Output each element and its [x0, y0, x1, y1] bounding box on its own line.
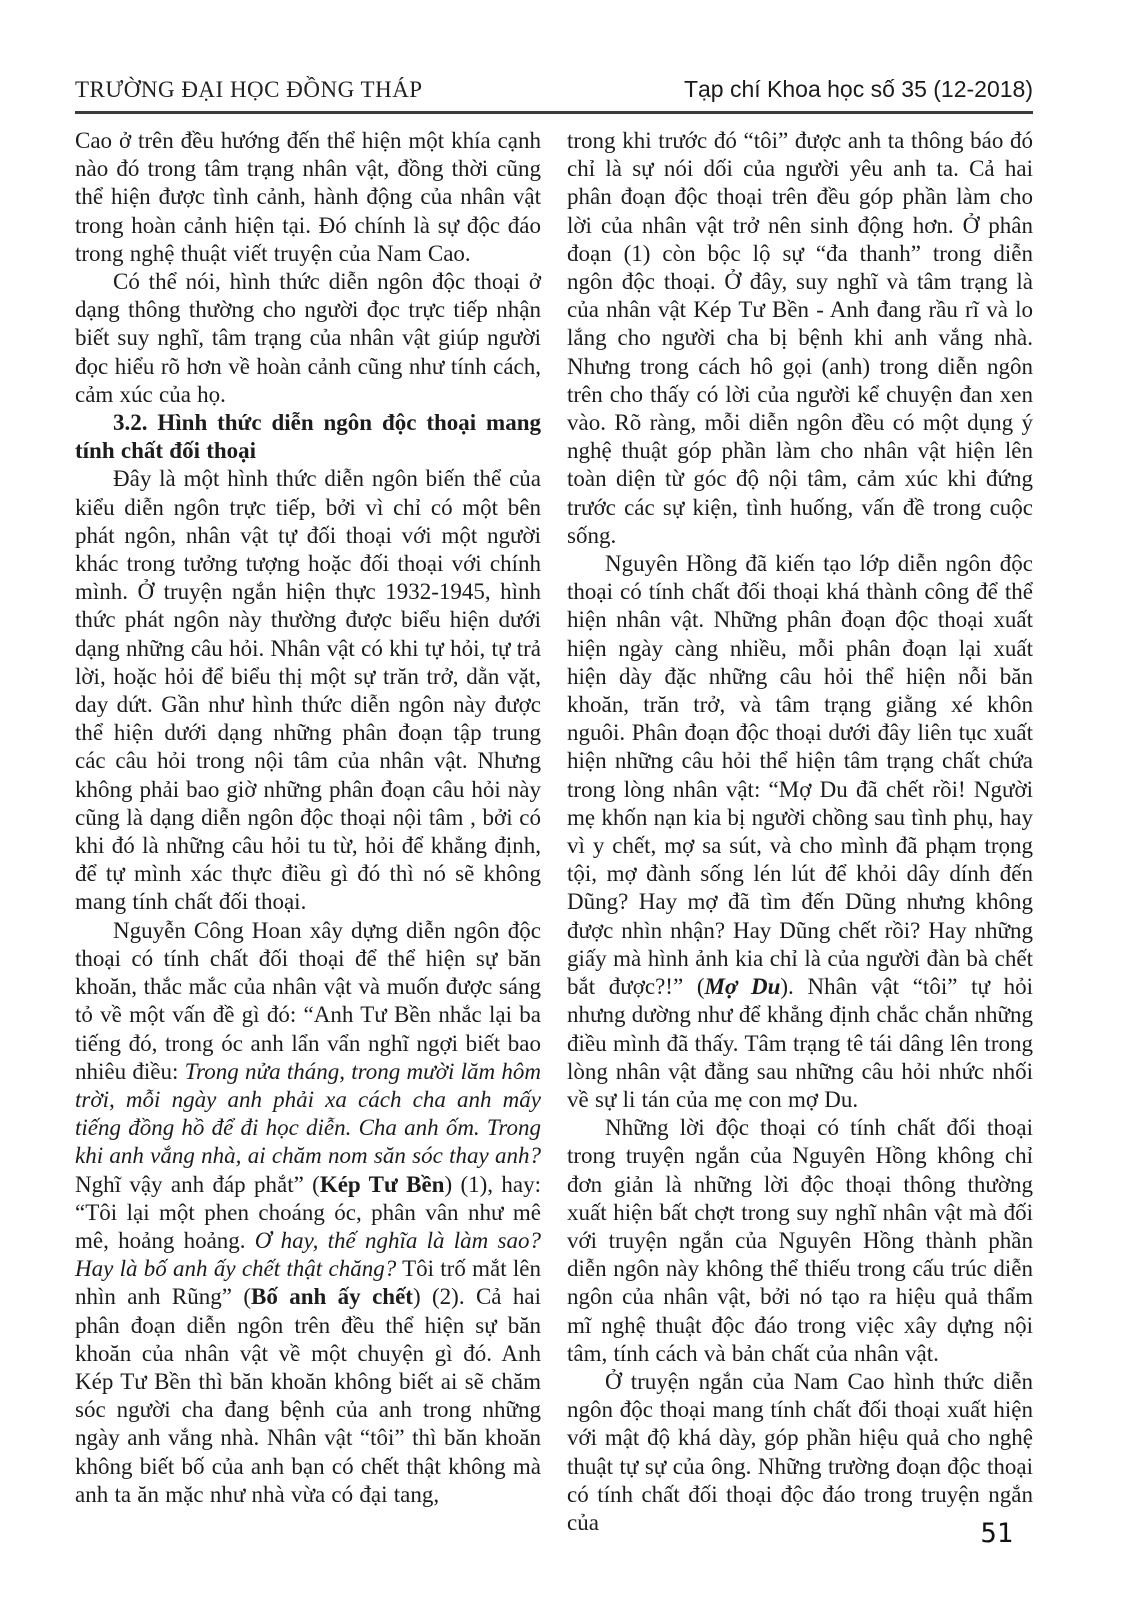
- paragraph: Ở truyện ngắn của Nam Cao hình thức diễn…: [567, 1368, 1033, 1537]
- column-left: Cao ở trên đều hướng đến thể hiện một kh…: [75, 127, 541, 1537]
- text-run: trong khi trước đó “tôi” được anh ta thô…: [567, 128, 1033, 548]
- text-run: Có thể nói, hình thức diễn ngôn độc thoạ…: [75, 269, 541, 407]
- page-header: TRƯỜNG ĐẠI HỌC ĐỒNG THÁP Tạp chí Khoa họ…: [75, 76, 1033, 103]
- text-run: Nguyên Hồng đã kiến tạo lớp diễn ngôn độ…: [567, 551, 1033, 999]
- paragraph-continuation: Cao ở trên đều hướng đến thể hiện một kh…: [75, 127, 541, 268]
- text-run: Kép Tư Bền: [320, 1172, 445, 1197]
- paragraph: Có thể nói, hình thức diễn ngôn độc thoạ…: [75, 268, 541, 409]
- paragraph-continuation: trong khi trước đó “tôi” được anh ta thô…: [567, 127, 1033, 550]
- paragraph: Đây là một hình thức diễn ngôn biến thể …: [75, 465, 541, 916]
- text-run: Đây là một hình thức diễn ngôn biến thể …: [75, 466, 541, 914]
- text-run: ) (2). Cả hai phân đoạn diễn ngôn trên đ…: [75, 1284, 541, 1506]
- paragraph: Những lời độc thoại có tính chất đối tho…: [567, 1114, 1033, 1368]
- header-university-name: TRƯỜNG ĐẠI HỌC ĐỒNG THÁP: [75, 77, 423, 103]
- header-divider-rule: [75, 111, 1033, 114]
- header-journal-issue: Tạp chí Khoa học số 35 (12-2018): [684, 76, 1033, 103]
- text-run: Nghĩ vậy anh đáp phắt” (: [75, 1172, 320, 1197]
- text-run: Ở truyện ngắn của Nam Cao hình thức diễn…: [567, 1369, 1033, 1535]
- section-heading-3-2: 3.2. Hình thức diễn ngôn độc thoại mang …: [75, 409, 541, 465]
- column-right: trong khi trước đó “tôi” được anh ta thô…: [567, 127, 1033, 1537]
- page-number: 51: [980, 1518, 1013, 1549]
- text-run: Những lời độc thoại có tính chất đối tho…: [567, 1115, 1033, 1366]
- paragraph: Nguyễn Công Hoan xây dựng diễn ngôn độc …: [75, 917, 541, 1509]
- journal-page: TRƯỜNG ĐẠI HỌC ĐỒNG THÁP Tạp chí Khoa họ…: [0, 0, 1133, 1624]
- text-run: Bố anh ấy chết: [251, 1284, 413, 1309]
- text-run: Mợ Du: [705, 974, 781, 999]
- paragraph: Nguyên Hồng đã kiến tạo lớp diễn ngôn độ…: [567, 550, 1033, 1114]
- text-run: Cao ở trên đều hướng đến thể hiện một kh…: [75, 128, 541, 266]
- text-run: 3.2. Hình thức diễn ngôn độc thoại mang …: [75, 410, 541, 463]
- article-body: Cao ở trên đều hướng đến thể hiện một kh…: [75, 127, 1033, 1537]
